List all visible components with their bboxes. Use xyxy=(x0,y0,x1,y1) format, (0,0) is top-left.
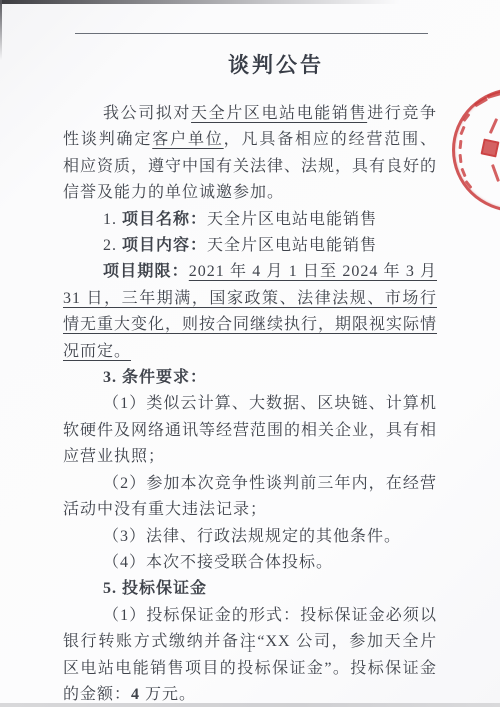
item1-label: 项目名称： xyxy=(122,211,207,228)
document-body: 我公司拟对天全片区电站电能销售进行竞争性谈判确定客户单位，凡具备相应的经营范围、… xyxy=(63,101,437,707)
condition-1: （1）类似云计算、大数据、区块链、计算机软硬件及网络通讯等经营范围的相关企业，具… xyxy=(63,391,437,470)
intro-paragraph: 我公司拟对天全片区电站电能销售进行竞争性谈判确定客户单位，凡具备相应的经营范围、… xyxy=(63,101,437,207)
condition-3: （3）法律、行政法规规定的其他条件。 xyxy=(63,524,437,550)
condition-4: （4）本次不接受联合体投标。 xyxy=(63,550,437,576)
header-rule xyxy=(75,33,428,34)
seal-glyph-mark xyxy=(460,168,466,177)
seal-glyph-mark xyxy=(489,118,498,134)
item2-label: 项目内容： xyxy=(122,237,207,254)
seal-glyph-mark xyxy=(459,140,463,149)
item-conditions-heading: 3. 条件要求： xyxy=(63,365,437,391)
intro-lead: 我公司拟对 xyxy=(103,105,191,122)
seal-glyph-mark xyxy=(459,154,463,163)
item-project-content: 2. 项目内容：天全片区电站电能销售 xyxy=(63,233,437,259)
seal-glyph-mark xyxy=(459,126,465,135)
item1-value: 天全片区电站电能销售 xyxy=(207,211,377,228)
seal-glyph-mark xyxy=(491,164,500,182)
condition-2: （2）参加本次竞争性谈判前三年内，在经营活动中没有重大违法记录； xyxy=(63,471,437,524)
seal-glyph-mark xyxy=(487,91,500,99)
seal-glyph-mark xyxy=(463,113,471,122)
scan-artifact-left-edge xyxy=(0,0,2,60)
scan-artifact-top-edge xyxy=(0,0,500,4)
deposit-amount-underlined: 4 xyxy=(131,686,140,703)
scanned-document-page: 谈判公告 我公司拟对天全片区电站电能销售进行竞争性谈判确定客户单位，凡具备相应的… xyxy=(0,0,500,707)
seal-glyph-mark xyxy=(465,180,473,189)
item-project-name: 1. 项目名称：天全片区电站电能销售 xyxy=(63,207,437,233)
seal-ring xyxy=(452,88,500,212)
intro-client-underlined: 客户单位 xyxy=(152,131,223,148)
item2-value: 天全片区电站电能销售 xyxy=(207,237,377,254)
item2-number: 2. xyxy=(103,237,122,254)
company-seal-stamp xyxy=(452,88,500,212)
seal-glyph-mark xyxy=(481,139,500,158)
item-project-term: 项目期限：2021 年 4 月 1 日至 2024 年 3 月 31 日，三年期… xyxy=(63,259,437,365)
item1-number: 1. xyxy=(103,211,122,228)
term-label: 项目期限： xyxy=(103,263,189,280)
scan-artifact-bottom-edge xyxy=(0,703,500,707)
seal-glyph-mark xyxy=(474,97,488,107)
document-title: 谈判公告 xyxy=(26,49,500,79)
item-deposit-heading: 5. 投标保证金 xyxy=(63,576,437,602)
page-number: 1 xyxy=(0,641,500,656)
deposit-tail: 万元。 xyxy=(140,686,196,703)
intro-subject-underlined: 天全片区电站电能销售 xyxy=(191,105,367,122)
